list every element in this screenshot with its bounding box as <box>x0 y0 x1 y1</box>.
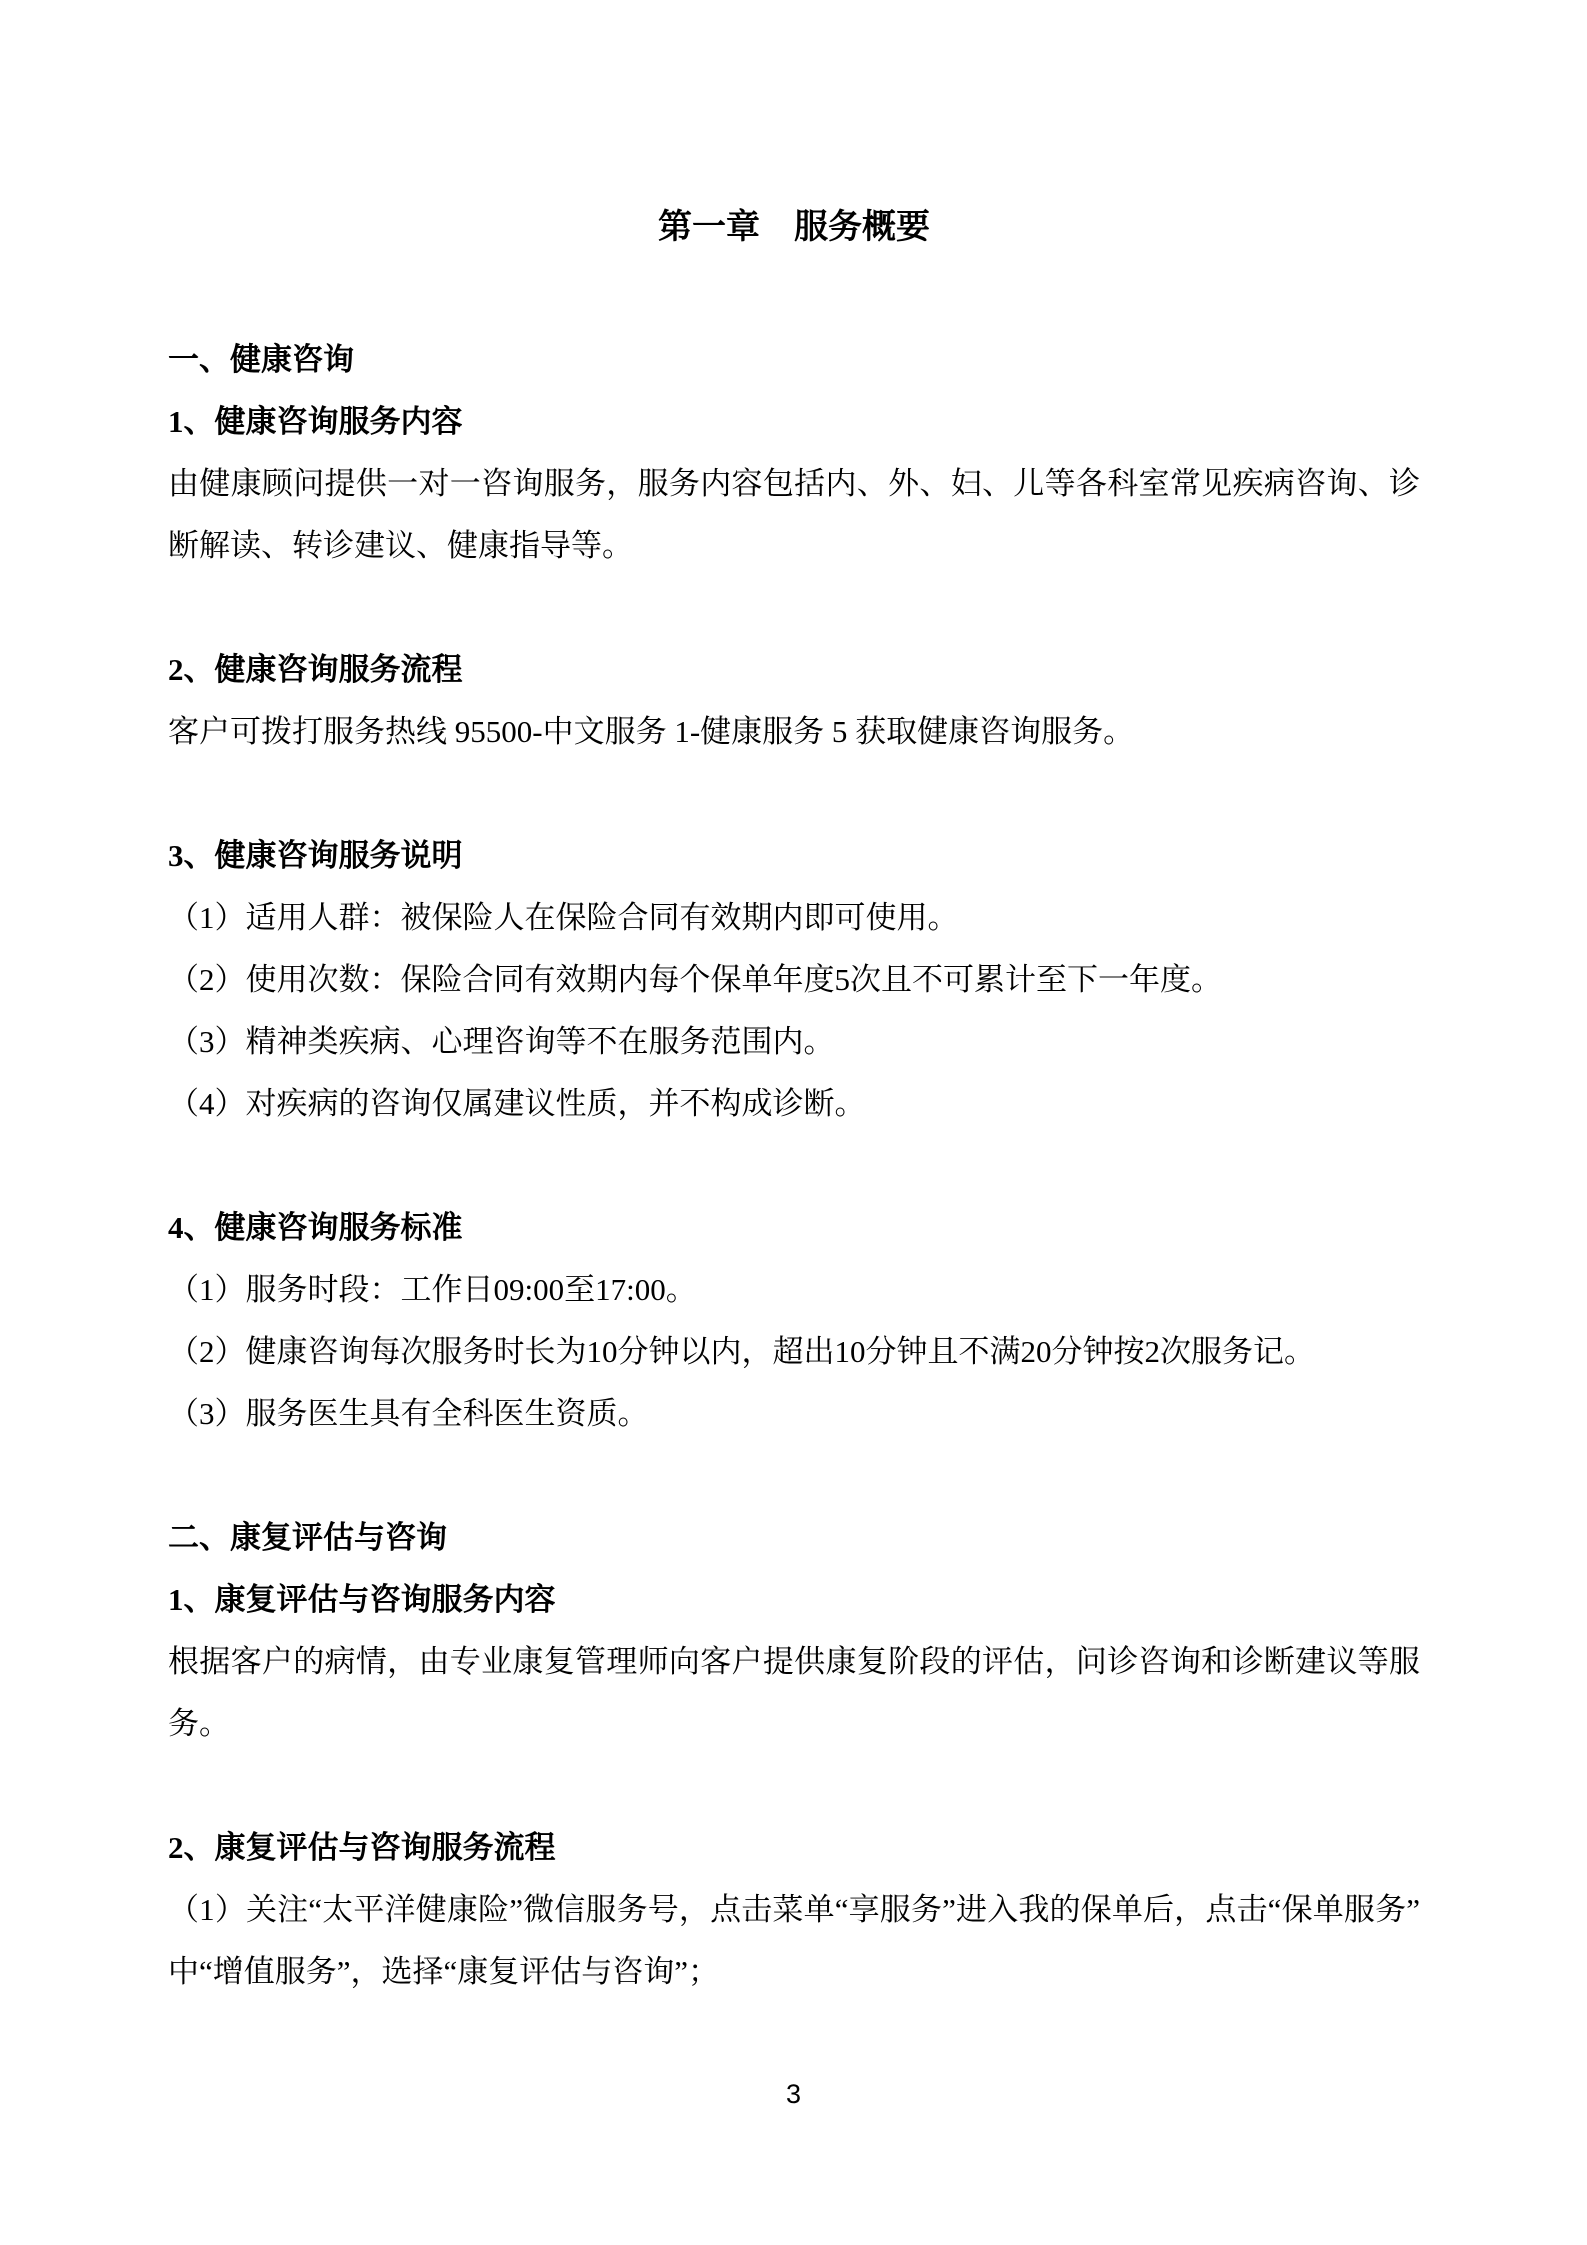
section-heading-health-consult: 一、健康咨询 <box>168 329 1420 391</box>
page-number: 3 <box>0 2078 1587 2110</box>
document-page: 第一章 服务概要 一、健康咨询 1、健康咨询服务内容 由健康顾问提供一对一咨询服… <box>0 0 1587 2245</box>
section-heading-rehab: 二、康复评估与咨询 <box>168 1507 1420 1569</box>
list-item-doctor-qualification: （3）服务医生具有全科医生资质。 <box>168 1383 1420 1445</box>
document-content: 第一章 服务概要 一、健康咨询 1、健康咨询服务内容 由健康顾问提供一对一咨询服… <box>168 0 1420 2003</box>
list-item-advice-nature: （4）对疾病的咨询仅属建议性质，并不构成诊断。 <box>168 1073 1420 1135</box>
list-item-usage-times: （2）使用次数：保险合同有效期内每个保单年度5次且不可累计至下一年度。 <box>168 949 1420 1011</box>
list-item-wechat-steps: （1）关注“太平洋健康险”微信服务号，点击菜单“享服务”进入我的保单后，点击“保… <box>168 1879 1420 2003</box>
subsection-heading-rehab-content: 1、康复评估与咨询服务内容 <box>168 1569 1420 1631</box>
subsection-heading-content: 1、健康咨询服务内容 <box>168 391 1420 453</box>
subsection-heading-notes: 3、健康咨询服务说明 <box>168 825 1420 887</box>
list-item-exclusions: （3）精神类疾病、心理咨询等不在服务范围内。 <box>168 1011 1420 1073</box>
subsection-heading-rehab-process: 2、康复评估与咨询服务流程 <box>168 1817 1420 1879</box>
subsection-heading-process: 2、健康咨询服务流程 <box>168 639 1420 701</box>
list-item-service-hours: （1）服务时段：工作日09:00至17:00。 <box>168 1259 1420 1321</box>
paragraph-consult-content: 由健康顾问提供一对一咨询服务，服务内容包括内、外、妇、儿等各科室常见疾病咨询、诊… <box>168 453 1420 577</box>
subsection-heading-standard: 4、健康咨询服务标准 <box>168 1197 1420 1259</box>
list-item-applicable-people: （1）适用人群：被保险人在保险合同有效期内即可使用。 <box>168 887 1420 949</box>
paragraph-hotline: 客户可拨打服务热线 95500-中文服务 1-健康服务 5 获取健康咨询服务。 <box>168 701 1420 763</box>
paragraph-rehab-content: 根据客户的病情，由专业康复管理师向客户提供康复阶段的评估，问诊咨询和诊断建议等服… <box>168 1631 1420 1755</box>
list-item-duration: （2）健康咨询每次服务时长为10分钟以内，超出10分钟且不满20分钟按2次服务记… <box>168 1321 1420 1383</box>
chapter-title: 第一章 服务概要 <box>168 197 1420 259</box>
